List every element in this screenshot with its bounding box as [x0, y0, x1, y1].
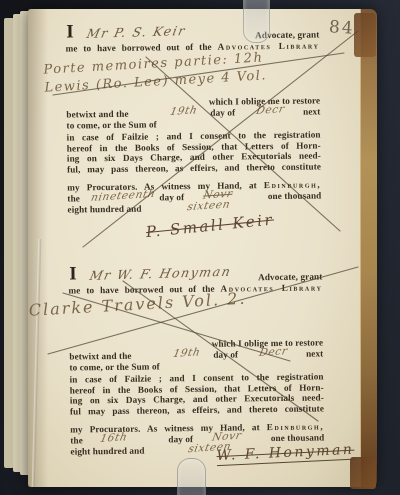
printed-initial: I — [66, 26, 74, 37]
hw-witness-day: 16th — [99, 432, 128, 445]
hw-due-month: Decr — [255, 104, 286, 117]
printed-year-line: eight hundred and sixteen — [67, 201, 321, 216]
edinburgh-name: Edinburgh, — [264, 179, 322, 190]
printed-constitute-line: ful may pass thereon, as effeirs, and th… — [70, 403, 324, 418]
hw-witness-day: nineteenth — [90, 189, 156, 204]
hw-year-word: sixteen — [186, 199, 231, 213]
ledger-page: 84 I Mr P. S. Keir Advocate, grant me to… — [28, 9, 376, 487]
printed-constitute-line: ful, may pass thereon, as effeirs, and t… — [67, 161, 321, 176]
printed-advocate-grant: Advocate, grant — [258, 271, 322, 283]
page-holder-strap-bottom — [177, 458, 206, 495]
page-fore-edge — [360, 9, 377, 487]
hw-due-month: Decr — [258, 346, 289, 359]
page-content: I Mr P. S. Keir Advocate, grant me to ha… — [25, 7, 363, 489]
borrow-entry: I Mr P. S. Keir Advocate, grant me to ha… — [25, 27, 360, 246]
printed-initial: I — [69, 268, 77, 279]
hw-borrower-name: Mr W. F. Honyman — [89, 264, 282, 281]
hw-book-title: Porte memoires partie: 12h Lewis (Ro. Le… — [43, 48, 267, 96]
edinburgh-name: Edinburgh, — [267, 421, 325, 432]
hw-due-day: 19th — [169, 105, 198, 118]
photographed-ledger-scene: 84 I Mr P. S. Keir Advocate, grant me to… — [0, 0, 400, 495]
hw-due-day: 19th — [172, 347, 201, 360]
borrow-entry: I Mr W. F. Honyman Advocate, grant me to… — [28, 269, 363, 488]
page-holder-strap-top — [243, 0, 270, 43]
